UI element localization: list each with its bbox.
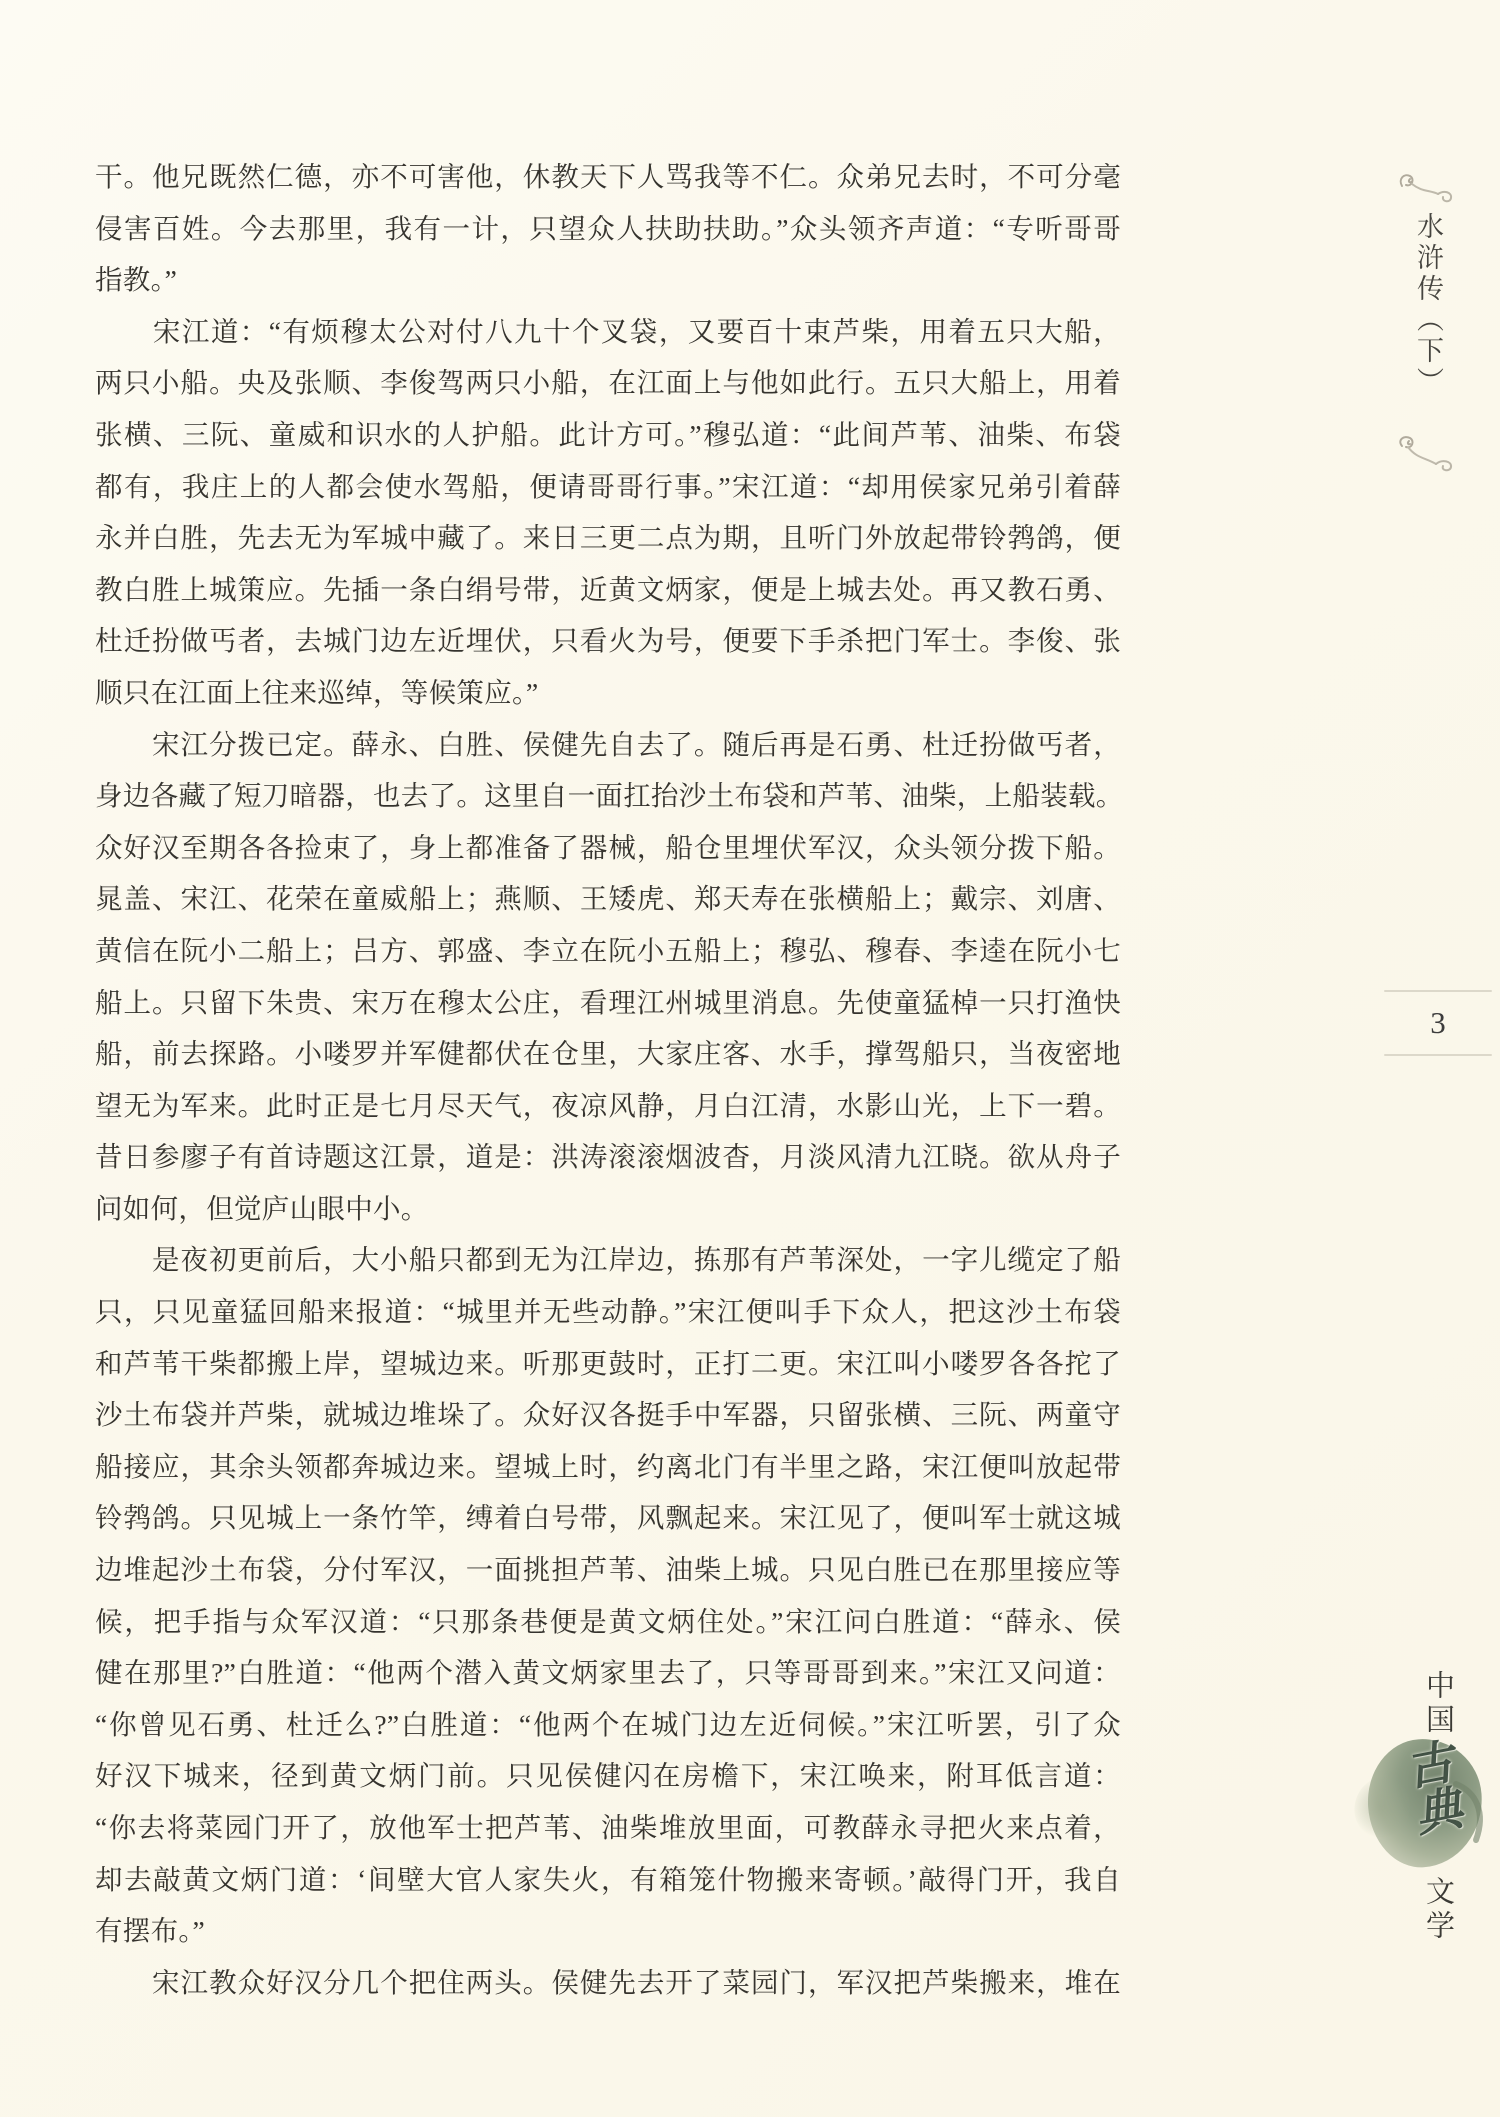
flourish-top-icon bbox=[1396, 170, 1470, 208]
text-line: 船，前去探路。小喽罗并军健都伏在仓里，大家庄客、水手，撑驾船只，当夜密地 bbox=[95, 1028, 1121, 1080]
text-line: 是夜初更前后，大小船只都到无为江岸边，拣那有芦苇深处，一字儿缆定了船 bbox=[95, 1234, 1121, 1286]
text-line: 黄信在阮小二船上；吕方、郭盛、李立在阮小五船上；穆弘、穆春、李逵在阮小七 bbox=[95, 925, 1121, 977]
page-number-rule-bottom bbox=[1384, 1054, 1492, 1056]
text-line: 宋江道：“有烦穆太公对付八九十个叉袋，又要百十束芦柴，用着五只大船， bbox=[95, 306, 1121, 358]
text-line: 边堆起沙土布袋，分付军汉，一面挑担芦苇、油柴上城。只见白胜已在那里接应等 bbox=[95, 1544, 1121, 1596]
text-line: “你曾见石勇、杜迁么?”白胜道：“他两个在城门边左近伺候。”宋江听罢，引了众 bbox=[95, 1699, 1121, 1751]
text-line: 永并白胜，先去无为军城中藏了。来日三更二点为期，且听门外放起带铃鹁鸽，便 bbox=[95, 512, 1121, 564]
seal-swash-icon bbox=[1452, 1778, 1498, 1850]
text-line: 两只小船。央及张顺、李俊驾两只小船，在江面上与他如此行。五只大船上，用着 bbox=[95, 357, 1121, 409]
text-line: 侵害百姓。今去那里，我有一计，只望众人扶助扶助。”众头领齐声道：“专听哥哥 bbox=[95, 203, 1121, 255]
text-line: 身边各藏了短刀暗器，也去了。这里自一面扛抬沙土布袋和芦苇、油柴，上船装载。 bbox=[95, 770, 1121, 822]
text-line: 候，把手指与众军汉道：“只那条巷便是黄文炳住处。”宋江问白胜道：“薛永、侯 bbox=[95, 1596, 1121, 1648]
imprint-top-text: 中国 bbox=[1418, 1670, 1459, 1738]
page-number-group: 3 bbox=[1384, 990, 1492, 1056]
text-line: 好汉下城来，径到黄文炳门前。只见侯健闪在房檐下，宋江唤来，附耳低言道： bbox=[95, 1750, 1121, 1802]
text-line: 却去敲黄文炳门道：‘间壁大官人家失火，有箱笼什物搬来寄顿。’敲得门开，我自 bbox=[95, 1854, 1121, 1906]
text-line: 昔日参廖子有首诗题这江景，道是：洪涛滚滚烟波杳，月淡风清九江晓。欲从舟子 bbox=[95, 1131, 1121, 1183]
text-line: 宋江教众好汉分几个把住两头。侯健先去开了菜园门，军汉把芦柴搬来，堆在 bbox=[95, 1957, 1121, 2009]
text-line: 杜迁扮做丐者，去城门边左近埋伏，只看火为号，便要下手杀把门军士。李俊、张 bbox=[95, 615, 1121, 667]
text-line: 和芦苇干柴都搬上岸，望城边来。听那更鼓时，正打二更。宋江叫小喽罗各各拕了 bbox=[95, 1338, 1121, 1390]
text-line: 顺只在江面上往来巡绰，等候策应。” bbox=[95, 667, 1121, 719]
text-line: 只，只见童猛回船来报道：“城里并无些动静。”宋江便叫手下众人，把这沙土布袋 bbox=[95, 1286, 1121, 1338]
series-title: 水浒传（下） bbox=[1409, 212, 1448, 398]
text-line: 问如何，但觉庐山眼中小。 bbox=[95, 1183, 1121, 1235]
text-line: 教白胜上城策应。先插一条白绢号带，近黄文炳家，便是上城去处。再又教石勇、 bbox=[95, 564, 1121, 616]
text-line: “你去将菜园门开了，放他军士把芦苇、油柴堆放里面，可教薛永寻把火来点着， bbox=[95, 1802, 1121, 1854]
text-line: 铃鹁鸽。只见城上一条竹竿，缚着白号带，风飘起来。宋江见了，便叫军士就这城 bbox=[95, 1492, 1121, 1544]
imprint-bottom-text: 文学 bbox=[1418, 1876, 1459, 1944]
text-line: 健在那里?”白胜道：“他两个潜入黄文炳家里去了，只等哥哥到来。”宋江又问道： bbox=[95, 1647, 1121, 1699]
text-line: 宋江分拨已定。薛永、白胜、侯健先自去了。随后再是石勇、杜迁扮做丐者， bbox=[95, 719, 1121, 771]
text-line: 晁盖、宋江、花荣在童威船上；燕顺、王矮虎、郑天寿在张横船上；戴宗、刘唐、 bbox=[95, 873, 1121, 925]
text-line: 张横、三阮、童威和识水的人护船。此计方可。”穆弘道：“此间芦苇、油柴、布袋 bbox=[95, 409, 1121, 461]
body-text-block: 干。他兄既然仁德，亦不可害他，休教天下人骂我等不仁。众弟兄去时，不可分毫侵害百姓… bbox=[95, 151, 1121, 2008]
page-number: 3 bbox=[1384, 992, 1492, 1054]
text-line: 有摆布。” bbox=[95, 1905, 1121, 1957]
text-line: 船接应，其余头领都奔城边来。望城上时，约离北门有半里之路，宋江便叫放起带 bbox=[95, 1441, 1121, 1493]
flourish-bottom-icon bbox=[1394, 434, 1472, 474]
text-line: 指教。” bbox=[95, 254, 1121, 306]
text-line: 沙土布袋并芦柴，就城边堆垛了。众好汉各挺手中军器，只留张横、三阮、两童守 bbox=[95, 1389, 1121, 1441]
text-line: 众好汉至期各各捡束了，身上都准备了器械，船仓里埋伏军汉，众头领分拨下船。 bbox=[95, 822, 1121, 874]
text-line: 都有，我庄上的人都会使水驾船，便请哥哥行事。”宋江道：“却用侯家兄弟引着薛 bbox=[95, 461, 1121, 513]
text-line: 干。他兄既然仁德，亦不可害他，休教天下人骂我等不仁。众弟兄去时，不可分毫 bbox=[95, 151, 1121, 203]
text-line: 船上。只留下朱贵、宋万在穆太公庄，看理江州城里消息。先使童猛棹一只打渔快 bbox=[95, 977, 1121, 1029]
book-page-scan: { "page": { "number": "3" }, "sidebar": … bbox=[0, 0, 1500, 2117]
text-line: 望无为军来。此时正是七月尽天气，夜凉风静，月白江清，水影山光，上下一碧。 bbox=[95, 1080, 1121, 1132]
